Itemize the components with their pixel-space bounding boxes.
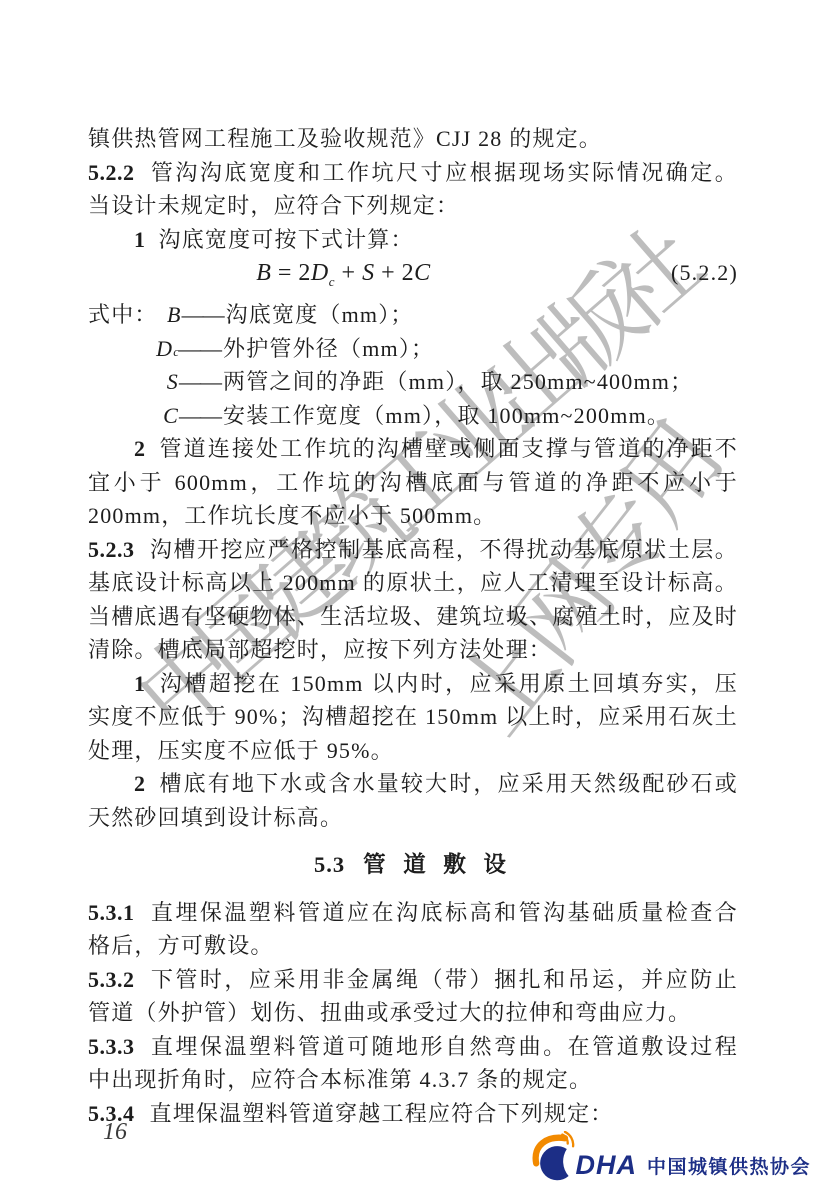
page-number: 16: [103, 1119, 127, 1146]
text-line: 5.2.2管沟沟底宽度和工作坑尺寸应根据现场实际情况确定。: [88, 156, 738, 190]
association-logo: DHA 中国城镇供热协会: [529, 1131, 811, 1185]
item-number: 2: [134, 771, 146, 796]
text-line: 5.3.2下管时，应采用非金属绳（带）捆扎和吊运，并应防止: [88, 963, 738, 997]
section-heading: 5.3管 道 敷 设: [88, 848, 738, 882]
clause-number: 5.2.3: [88, 537, 135, 562]
text-line: 处理，压实度不应低于 95%。: [88, 734, 738, 768]
logo-acronym: DHA: [575, 1150, 637, 1181]
item-number: 1: [134, 227, 146, 252]
text-line: 5.3.4直埋保温塑料管道穿越工程应符合下列规定：: [88, 1097, 738, 1131]
text-line: 200mm，工作坑长度不应小于 500mm。: [88, 499, 738, 533]
formula-variable: Dc: [155, 332, 179, 366]
text-line: 5.3.1直埋保温塑料管道应在沟底标高和管沟基础质量检查合: [88, 896, 738, 930]
text-line: 格后，方可敷设。: [88, 929, 738, 963]
text-line: 镇供热管网工程施工及验收规范》CJJ 28 的规定。: [88, 122, 738, 156]
logo-association-name: 中国城镇供热协会: [647, 1152, 811, 1179]
text-line: 中出现折角时，应符合本标准第 4.3.7 条的规定。: [88, 1063, 738, 1097]
formula: B = 2Dc + S + 2C: [256, 257, 430, 298]
text-line: 当槽底遇有坚硬物体、生活垃圾、建筑垃圾、腐殖土时，应及时: [88, 600, 738, 634]
text-line: S——两管之间的净距（mm），取 250mm~400mm；: [88, 365, 738, 399]
text-line: Dc——外护管外径（mm）；: [88, 332, 738, 366]
text-line: 2槽底有地下水或含水量较大时，应采用天然级配砂石或: [88, 767, 738, 801]
section-number: 5.3: [314, 852, 345, 877]
document-page: 中国建筑工业出版社 上网专用 镇供热管网工程施工及验收规范》CJJ 28 的规定…: [0, 0, 827, 1198]
text-line: B = 2Dc + S + 2C(5.2.2): [88, 256, 738, 298]
text-line: 5.3.3直埋保温塑料管道可随地形自然弯曲。在管道敷设过程: [88, 1030, 738, 1064]
text-line: 5.2.3沟槽开挖应严格控制基底高程，不得扰动基底原状土层。: [88, 533, 738, 567]
document-body: 镇供热管网工程施工及验收规范》CJJ 28 的规定。5.2.2管沟沟底宽度和工作…: [88, 122, 738, 1130]
text-line: 1沟底宽度可按下式计算：: [88, 223, 738, 257]
text-line: 式中：B——沟底宽度（mm）；: [88, 298, 738, 332]
text-line: 清除。槽底局部超挖时，应按下列方法处理：: [88, 633, 738, 667]
clause-number: 5.3.1: [88, 900, 135, 925]
text-line: 2管道连接处工作坑的沟槽壁或侧面支撑与管道的净距不: [88, 432, 738, 466]
section-title: 管 道 敷 设: [363, 852, 512, 877]
item-number: 2: [134, 436, 146, 461]
text-line: 宜小于 600mm，工作坑的沟槽底面与管道的净距不应小于: [88, 466, 738, 500]
text-line: 1沟槽超挖在 150mm 以内时，应采用原土回填夯实，压: [88, 667, 738, 701]
formula-variable: S: [155, 365, 179, 399]
text-line: 当设计未规定时，应符合下列规定：: [88, 189, 738, 223]
text-line: 实度不应低于 90%；沟槽超挖在 150mm 以上时，应采用石灰土: [88, 700, 738, 734]
clause-number: 5.2.2: [88, 160, 135, 185]
text-line: 管道（外护管）划伤、扭曲或承受过大的拉伸和弯曲应力。: [88, 996, 738, 1030]
clause-number: 5.3.3: [88, 1034, 135, 1059]
formula-variable: B: [158, 298, 182, 332]
clause-number: 5.3.2: [88, 967, 135, 992]
text-line: 天然砂回填到设计标高。: [88, 801, 738, 835]
item-number: 1: [134, 671, 146, 696]
text-line: 基底设计标高以上 200mm 的原状土，应人工清理至设计标高。: [88, 566, 738, 600]
equation-number: (5.2.2): [671, 256, 738, 290]
formula-variable: C: [155, 399, 179, 433]
text-line: C——安装工作宽度（mm），取 100mm~200mm。: [88, 399, 738, 433]
